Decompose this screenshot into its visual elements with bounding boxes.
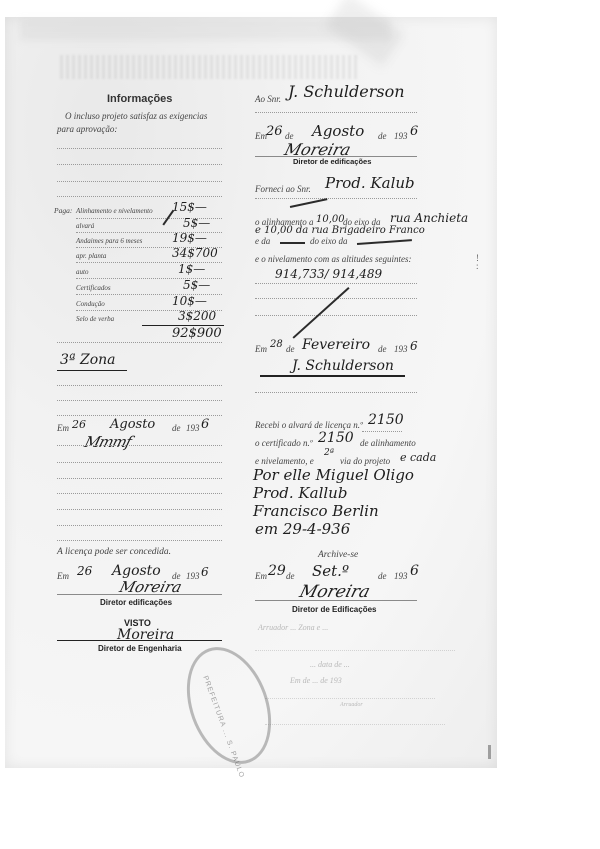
date-prefix: Em (255, 571, 267, 581)
date-year-hand: 6 (410, 339, 418, 353)
blank-line (57, 478, 222, 479)
receipt-text: e nivelamento, e (255, 456, 314, 466)
blank-line (57, 493, 222, 494)
edge-mark (488, 745, 491, 759)
fee-label: alvará (76, 222, 94, 230)
fee-value: 19$— (172, 231, 207, 245)
date-de: de (286, 571, 295, 581)
intro-line-2: para aprovação: (57, 124, 117, 134)
certificate-number: 2150 (318, 430, 354, 446)
fee-value: 10$— (172, 294, 207, 308)
fee-label: Certificados (76, 284, 111, 292)
date-year-hand: 6 (410, 124, 418, 139)
alignment-text: do eixo da (310, 236, 348, 246)
blank-line (57, 196, 222, 197)
blank-line (255, 392, 417, 393)
license-number: 2150 (368, 412, 404, 428)
date-year-hand: 6 (201, 417, 209, 432)
date-prefix: Em (57, 571, 69, 581)
fill-line (362, 431, 402, 432)
signature-scribble: Mmmf (83, 433, 133, 451)
fee-value: 5$— (183, 278, 210, 292)
faded-line (265, 724, 445, 725)
fee-label: auto (76, 268, 88, 276)
fee-label: Condução (76, 300, 105, 308)
handwritten-line: Prod. Kallub (253, 484, 347, 502)
handwritten-line: em 29-4-936 (255, 520, 350, 538)
visto-role: Diretor de Engenharia (98, 644, 182, 653)
date-year: 193 (186, 571, 200, 581)
addressee-name: J. Schulderson (288, 82, 405, 101)
altitudes-value: 914,733/ 914,489 (275, 267, 382, 281)
signer-role: Diretor de Edificações (292, 605, 376, 614)
date-year: 193 (394, 131, 408, 141)
fee-label: Alinhamento e nivelamento (76, 207, 153, 215)
zone-note: 3ª Zona (60, 352, 116, 368)
blank-line (57, 509, 222, 510)
fees-label: Paga: (54, 206, 72, 215)
zone-underline (57, 370, 127, 371)
faded-text: Arruador (340, 702, 363, 708)
blank-line (57, 181, 222, 182)
date-de: de (172, 423, 181, 433)
blank-line (57, 462, 222, 463)
blank-dash (280, 242, 305, 244)
date-year: 193 (394, 344, 408, 354)
handwritten-line: Por elle Miguel Oligo (253, 466, 414, 484)
alignment-street-2: e 10,00 da rua Brigadeiro Franco (255, 225, 425, 236)
receipt-text: via do projeto (340, 456, 390, 466)
supplied-name: Prod. Kalub (325, 174, 415, 192)
receipt-text: o certificado n.º (255, 438, 313, 448)
date-year: 193 (394, 571, 408, 581)
blank-line (255, 112, 417, 113)
faded-text: ... data de ... (310, 660, 350, 669)
faded-line (255, 650, 455, 651)
faded-text: Arruador ... Zona e ... (258, 623, 328, 632)
supplied-prefix: Forneci ao Snr. (255, 184, 311, 194)
license-approval-text: A licença pode ser concedida. (57, 547, 171, 557)
signature-line (260, 375, 405, 377)
date-month: Agosto (112, 563, 161, 579)
margin-marks: !: (476, 254, 479, 270)
blank-line (57, 148, 222, 149)
date-year-hand: 6 (410, 563, 419, 579)
blank-line (57, 164, 222, 165)
fee-value: 15$— (172, 200, 207, 214)
faded-text: Em de ... de 193 (290, 676, 342, 685)
date-de: de (378, 344, 387, 354)
date-day: 26 (77, 564, 92, 578)
date-day: 26 (266, 124, 283, 139)
date-year-hand: 6 (201, 565, 209, 579)
addressee-prefix: Ao Snr. (255, 94, 281, 104)
handwritten-line: Francisco Berlin (253, 502, 379, 520)
date-month: Agosto (110, 417, 155, 432)
date-day: 26 (72, 418, 86, 431)
signature-line (57, 594, 222, 595)
receipt-text: de alinhamento (360, 438, 416, 448)
date-month: Fevereiro (302, 337, 370, 353)
receipt-text: Recebi o alvará de licença n.º (255, 420, 363, 430)
fee-label: apr. planta (76, 252, 106, 260)
date-de: de (286, 344, 295, 354)
fee-value: 5$— (183, 216, 210, 230)
blank-line (57, 385, 222, 386)
faded-header-print (60, 55, 360, 79)
blank-line (57, 445, 222, 446)
blank-line (255, 315, 417, 316)
blank-line (57, 540, 222, 541)
fee-value: 34$700 (172, 246, 218, 260)
date-month: Agosto (312, 122, 364, 140)
signature: J. Schulderson (292, 358, 394, 374)
intro-line-1: O incluso projeto satisfaz as exigencias (65, 111, 207, 121)
signer-role: Diretor de edificações (293, 157, 371, 166)
blank-line (255, 283, 417, 284)
date-month: Set.º (312, 562, 349, 580)
section-title: Informações (107, 93, 172, 105)
date-de: de (378, 131, 387, 141)
signature: Moreira (297, 582, 372, 602)
date-prefix: Em (255, 344, 267, 354)
date-day: 29 (268, 563, 286, 579)
blank-line (57, 342, 222, 343)
alignment-text: e da (255, 236, 270, 246)
blank-line (57, 525, 222, 526)
faded-line (265, 698, 435, 699)
blank-line (57, 400, 222, 401)
fee-label: Selo de verba (76, 315, 114, 323)
fee-value: 1$— (178, 262, 205, 276)
fee-label: Andaimes para 6 meses (76, 237, 142, 245)
date-prefix: Em (57, 423, 69, 433)
blank-line (255, 198, 417, 199)
signature-line (255, 600, 417, 601)
fees-total: 92$900 (172, 326, 222, 341)
receipt-handwritten: e cada (400, 451, 436, 464)
date-day: 28 (270, 339, 283, 350)
date-year: 193 (186, 423, 200, 433)
alignment-distance: 10,00 (316, 214, 345, 225)
archive-label: Archive-se (318, 550, 358, 560)
leveling-text: e o nivelamento com as altitudes seguint… (255, 254, 411, 264)
date-de: de (378, 571, 387, 581)
visto-signature-line (57, 640, 222, 641)
blank-line (57, 415, 222, 416)
alignment-street: rua Anchieta (390, 211, 468, 225)
fee-value: 3$200 (178, 309, 216, 323)
copy-number: 2ª (324, 448, 334, 458)
signer-role: Diretor edificações (100, 598, 172, 607)
